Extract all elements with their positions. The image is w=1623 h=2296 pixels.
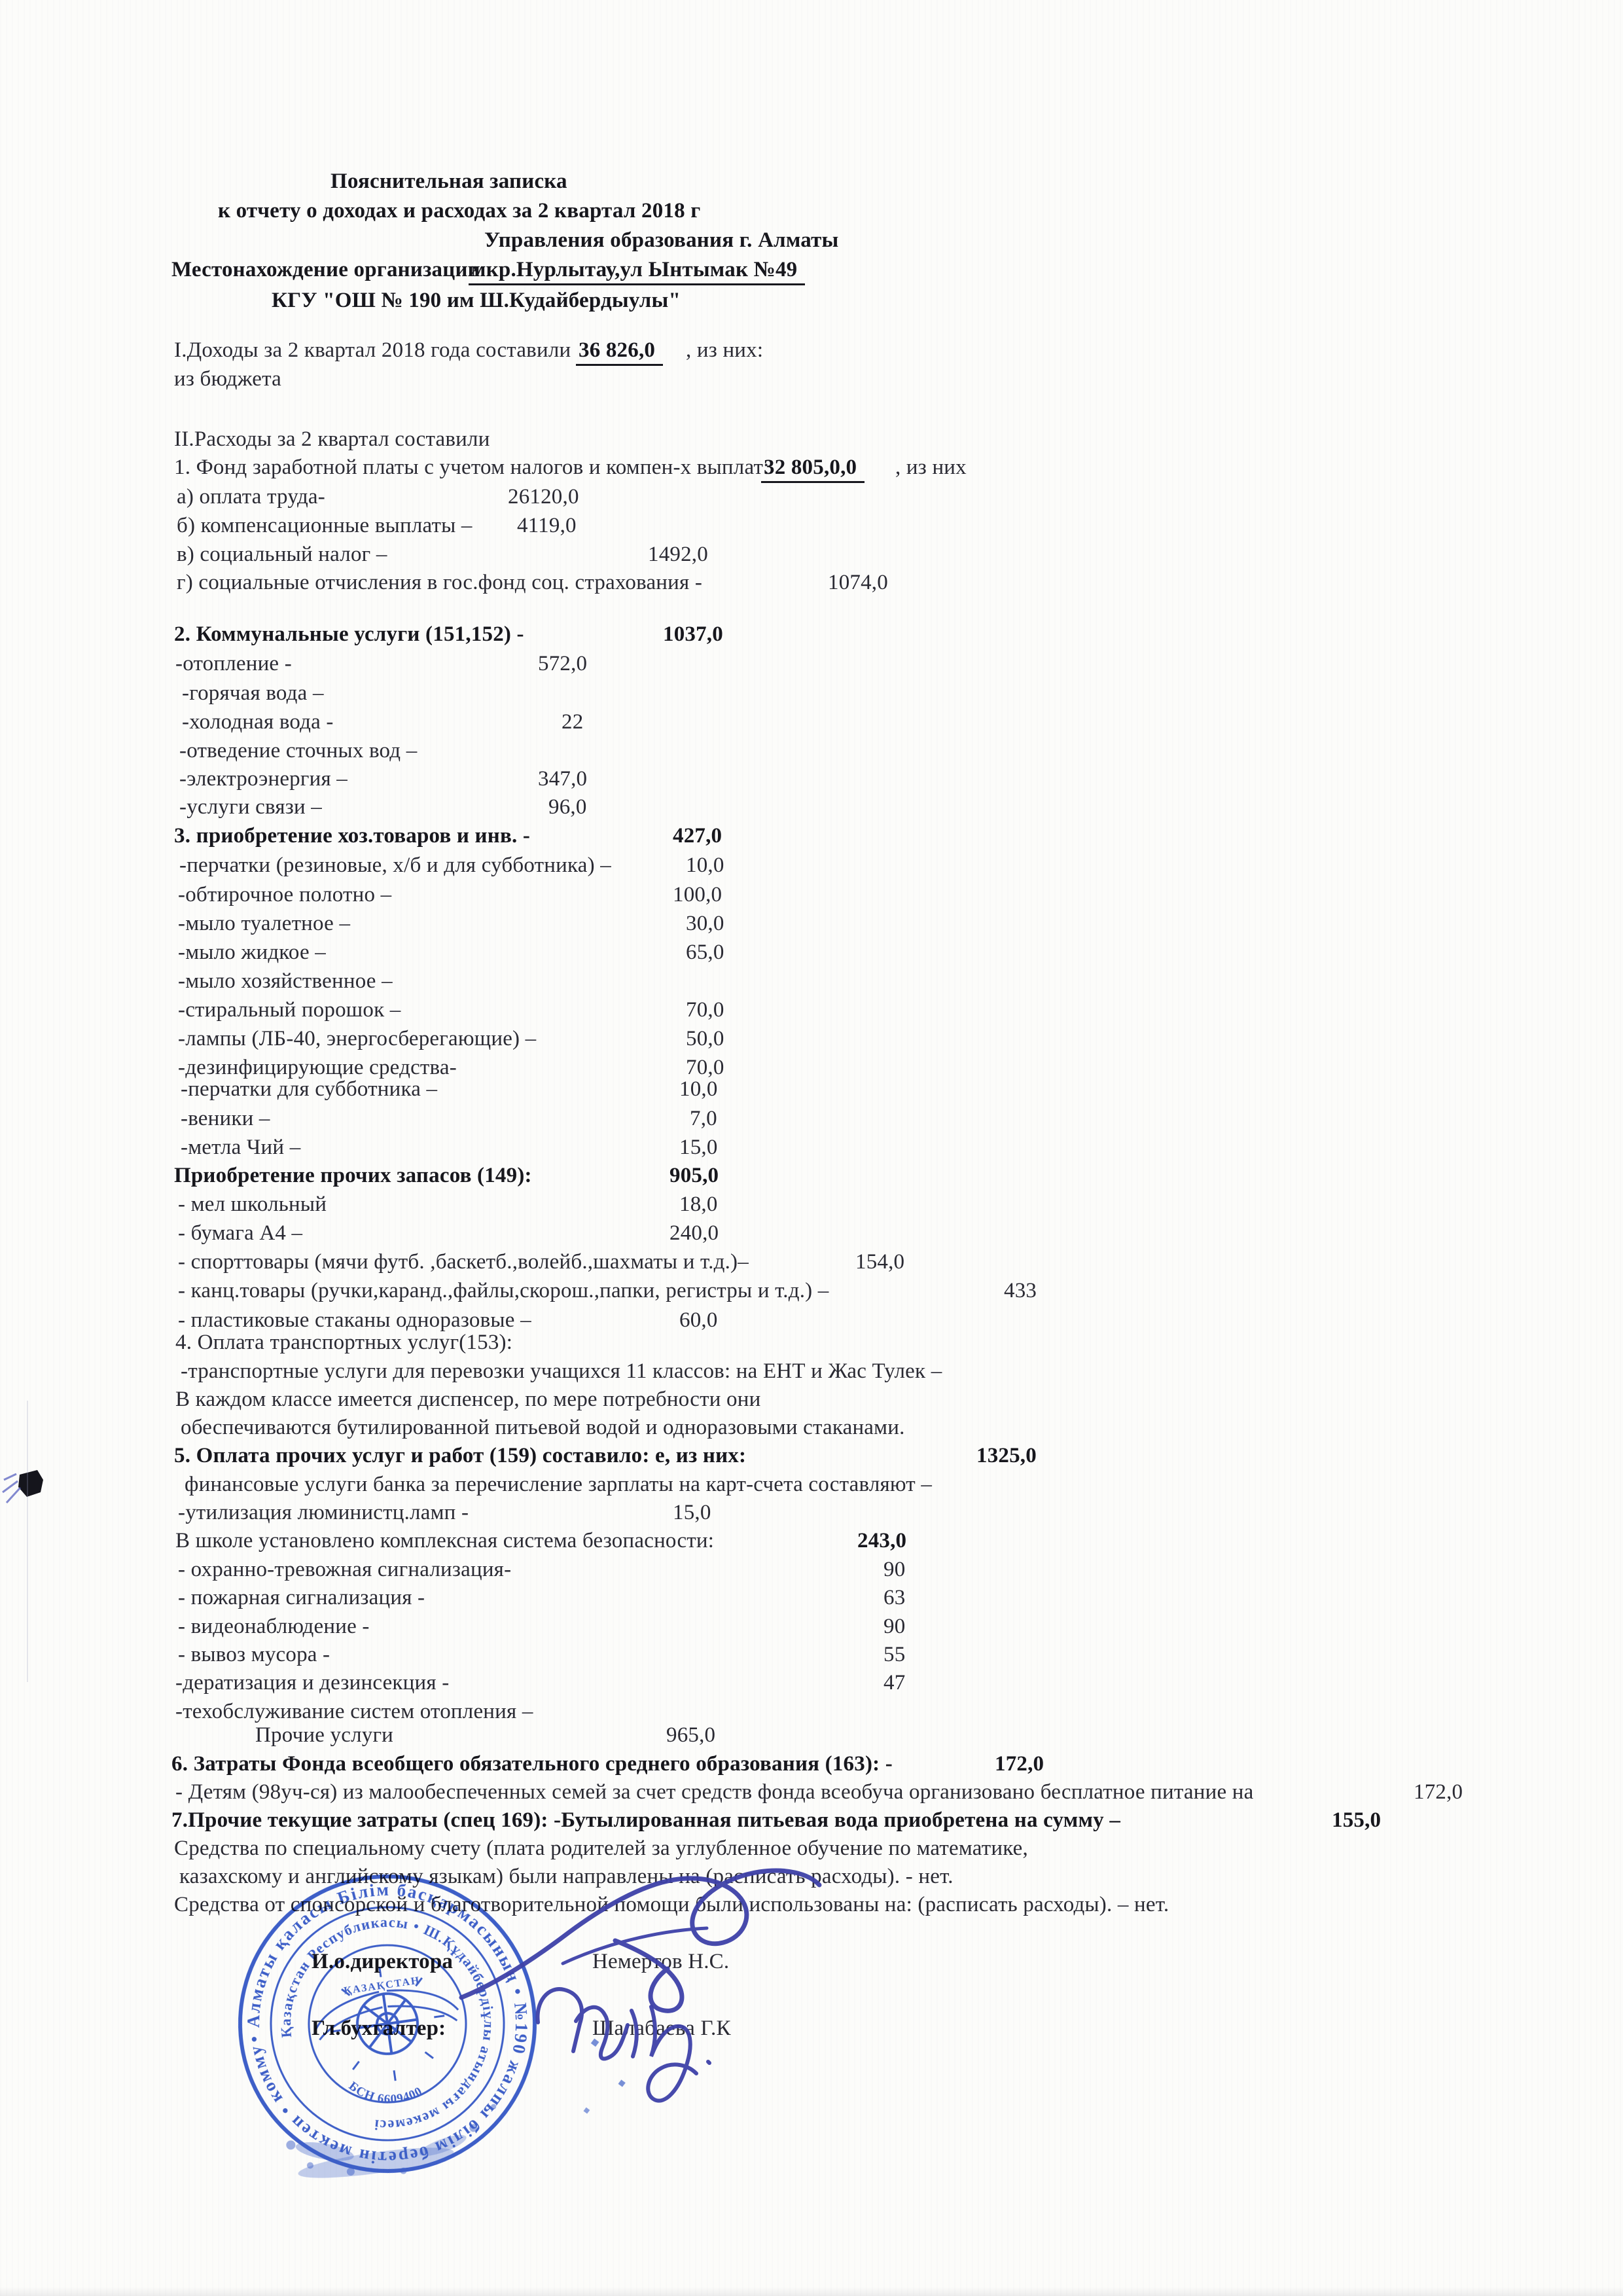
line-text: -перчатки (резиновые, х/б и для субботни… [179,853,611,877]
line-value: 60,0 [679,1308,718,1333]
doc-line: I.Доходы за 2 квартал 2018 года составил… [174,338,571,363]
line-text: 7.Прочие текущие затраты (спец 169): -Бу… [171,1808,1120,1832]
line-text: 6. Затраты Фонда всеобщего обязательного… [171,1752,893,1776]
doc-line: Прочие услуги965,0 [255,1723,393,1748]
line-value: 433 [1004,1278,1037,1303]
doc-line: 5. Оплата прочих услуг и работ (159) сос… [174,1443,746,1468]
line-value: 15,0 [679,1135,718,1160]
line-value: 4119,0 [517,513,577,538]
stamp-bsn-code: БСН 6609400 [345,2070,426,2113]
doc-line: -холодная вода -22 [182,709,334,734]
doc-line: КГУ "ОШ № 190 им Ш.Кудайбердыулы" [272,288,681,313]
doc-line: В каждом классе имеется диспенсер, по ме… [175,1387,760,1412]
doc-line: - охранно-тревожная сигнализация-90 [178,1557,511,1582]
line-text: -мыло жидкое – [178,941,326,964]
line-text: -веники – [181,1107,270,1130]
doc-line: -перчатки (резиновые, х/б и для субботни… [179,853,611,878]
line-text: В каждом классе имеется диспенсер, по ме… [175,1388,760,1411]
stamp-smudge [277,2035,633,2189]
scan-streak [27,1401,28,1682]
doc-line: Пояснительная записка [330,169,567,194]
doc-line: -транспортные услуги для перевозки учащи… [181,1359,942,1384]
line-text: Местонахождение организации [171,258,480,281]
line-text: Средства от спонсорской и благотворитель… [174,1893,1169,1916]
stamp-center-caption: ҚАЗАҚСТАН [343,1975,421,1996]
line-text: -перчатки для субботника – [181,1077,437,1101]
doc-line: - пластиковые стаканы одноразовые –60,0 [178,1308,531,1333]
line-text: -транспортные услуги для перевозки учащи… [181,1359,942,1383]
line-value: 1492,0 [648,542,708,567]
line-value: 240,0 [669,1221,719,1246]
line-text: - вывоз мусора - [178,1643,330,1666]
line-text: - канц.товары (ручки,каранд.,файлы,скоро… [178,1279,829,1302]
line-text: II.Расходы за 2 квартал составили [174,427,490,451]
doc-line: -утилизация люминистц.ламп -15,0 [178,1500,469,1525]
line-text: - Детям (98уч-ся) из малообеспеченных се… [175,1780,1254,1804]
doc-line: - канц.товары (ручки,каранд.,файлы,скоро… [178,1278,829,1303]
doc-line: 1. Фонд заработной платы с учетом налого… [174,455,769,480]
line-text: к отчету о доходах и расходах за 2 кварт… [218,199,700,223]
line-text: - спорттовары (мячи футб. ,баскетб.,воле… [178,1250,749,1274]
doc-line: -стиральный порошок –70,0 [178,997,401,1022]
doc-line: -горячая вода – [182,681,324,706]
line-text: -лампы (ЛБ-40, энергосберегающие) – [178,1027,536,1050]
ink-blot [3,1470,43,1503]
line-text: -услуги связи – [179,795,322,819]
doc-line: -услуги связи –96,0 [179,795,322,819]
line-text: -отопление - [175,652,292,675]
doc-line: в) социальный налог –1492,0 [177,542,387,567]
line-value: , из них [895,455,967,480]
line-text: Средства по специальному счету (плата ро… [174,1837,1028,1860]
doc-line: -метла Чий –15,0 [181,1135,300,1160]
line-value: 10,0 [679,1077,718,1102]
line-text: -метла Чий – [181,1136,300,1159]
line-text: - бумага А4 – [178,1221,302,1245]
line-value: 26120,0 [508,484,579,509]
line-text: -отведение сточных вод – [179,739,417,762]
line-text: г) социальные отчисления в гос.фонд соц.… [177,571,702,594]
line-value: 36 826,0 [576,338,663,366]
accountant-signature [537,1989,709,2101]
line-text: И.о.директора [312,1950,453,1973]
doc-line: -отведение сточных вод – [179,738,417,763]
line-text: Приобретение прочих запасов (149): [174,1164,532,1187]
line-text: - охранно-тревожная сигнализация- [178,1558,511,1581]
line-text: -горячая вода – [182,681,324,705]
doc-line: И.о.директораНемертов Н.С. [312,1949,453,1974]
doc-line: В школе установлено комплексная система … [175,1528,714,1553]
line-text: б) компенсационные выплаты – [177,514,473,537]
line-text: -дератизация и дезинсекция - [175,1671,449,1695]
line-value: 65,0 [686,940,724,965]
doc-line: II.Расходы за 2 квартал составили [174,427,490,452]
line-text: Гл.бухгалтер: [312,2017,446,2040]
line-text: Прочие услуги [255,1723,393,1747]
line-text: -холодная вода - [182,710,334,734]
line-value: 1074,0 [828,570,888,595]
doc-line: а) оплата труда-26120,0 [177,484,325,509]
line-value: 905,0 [669,1163,719,1188]
line-text: -стиральный порошок – [178,998,401,1022]
line-value: 172,0 [1414,1780,1463,1804]
line-value: 155,0 [1332,1808,1381,1833]
doc-line: Местонахождение организациимкр.Нурлытау,… [171,257,480,282]
line-value: 50,0 [686,1026,724,1051]
line-text: - мел школьный [178,1193,327,1216]
doc-line: -перчатки для субботника –10,0 [181,1077,437,1102]
doc-line: финансовые услуги банка за перечисление … [185,1472,932,1497]
doc-line: - бумага А4 –240,0 [178,1221,302,1246]
line-value: 243,0 [857,1528,906,1553]
doc-line: Средства по специальному счету (плата ро… [174,1836,1028,1861]
doc-line: обеспечиваются бутилированной питьевой в… [181,1415,905,1440]
doc-line: 3. приобретение хоз.товаров и инв. -427,… [174,823,530,848]
doc-line: -дератизация и дезинсекция -47 [175,1670,449,1695]
line-value: 15,0 [673,1500,711,1525]
line-text: 1. Фонд заработной платы с учетом налого… [174,456,769,479]
doc-line: -обтирочное полотно –100,0 [178,882,391,907]
doc-line: 4. Оплата транспортных услуг(153): [175,1330,512,1355]
line-value: 7,0 [690,1106,717,1131]
doc-line: к отчету о доходах и расходах за 2 кварт… [218,198,700,223]
line-value: 63 [883,1585,905,1610]
scanned-document-page: Пояснительная запискак отчету о доходах … [0,0,1623,2296]
line-value: 10,0 [686,853,724,878]
line-value: 30,0 [686,911,724,936]
doc-line: -мыло жидкое –65,0 [178,940,326,965]
doc-line: 7.Прочие текущие затраты (спец 169): -Бу… [171,1808,1120,1833]
line-value: 172,0 [995,1751,1044,1776]
line-text: из бюджета [174,367,281,391]
doc-line: - спорттовары (мячи футб. ,баскетб.,воле… [178,1249,749,1274]
line-value: 18,0 [679,1192,718,1217]
line-text: I.Доходы за 2 квартал 2018 года составил… [174,338,571,362]
line-text: - видеонаблюдение - [178,1615,370,1638]
line-text: 5. Оплата прочих услуг и работ (159) сос… [174,1444,746,1467]
doc-line: -отопление -572,0 [175,651,292,676]
line-value: 347,0 [538,766,587,791]
doc-line: -мыло хозяйственное – [178,969,393,994]
line-value: 47 [883,1670,905,1695]
line-text: 4. Оплата транспортных услуг(153): [175,1331,512,1354]
doc-line: - Детям (98уч-ся) из малообеспеченных се… [175,1780,1254,1804]
line-text: -электроэнергия – [179,767,348,791]
line-value: 100,0 [673,882,722,907]
doc-line: казахскому и английскому языкам) были на… [179,1864,954,1889]
doc-line: Гл.бухгалтер:Шалабаева Г.К [312,2016,446,2041]
line-value: 1037,0 [663,622,723,647]
svg-text:БСН 6609400: БСН 6609400 [345,2070,426,2113]
doc-line: 2. Коммунальные услуги (151,152) -1037,0 [174,622,524,647]
line-text: Пояснительная записка [330,170,567,193]
line-text: -дезинфицирующие средства- [178,1056,457,1079]
line-text: -обтирочное полотно – [178,883,391,906]
line-text: - пластиковые стаканы одноразовые – [178,1308,531,1332]
line-text: финансовые услуги банка за перечисление … [185,1473,932,1496]
doc-line: - мел школьный18,0 [178,1192,327,1217]
doc-line: б) компенсационные выплаты –4119,0 [177,513,473,538]
line-value: 55 [883,1642,905,1667]
line-text: 2. Коммунальные услуги (151,152) - [174,622,524,646]
line-value: , из них: [686,338,763,363]
doc-line: -веники –7,0 [181,1106,270,1131]
doc-line: Приобретение прочих запасов (149):905,0 [174,1163,532,1188]
line-text: -техобслуживание систем отопления – [175,1700,533,1723]
doc-line: -техобслуживание систем отопления – [175,1699,533,1724]
line-value: 90 [883,1557,905,1582]
line-value: Шалабаева Г.К [592,2016,731,2041]
line-value: 90 [883,1614,905,1639]
doc-line: из бюджета [174,367,281,391]
doc-line: 6. Затраты Фонда всеобщего обязательного… [171,1751,893,1776]
line-value: 96,0 [548,795,587,819]
line-text: а) оплата труда- [177,485,325,509]
line-value: 965,0 [666,1723,715,1748]
line-text: -утилизация люминистц.ламп - [178,1501,469,1524]
line-text: КГУ "ОШ № 190 им Ш.Кудайбердыулы" [272,289,681,312]
doc-line: -электроэнергия –347,0 [179,766,348,791]
doc-line: -лампы (ЛБ-40, энергосберегающие) –50,0 [178,1026,536,1051]
line-text: - пожарная сигнализация - [178,1586,425,1609]
doc-line: - вывоз мусора -55 [178,1642,330,1667]
doc-line: - видеонаблюдение -90 [178,1614,370,1639]
line-value: 154,0 [855,1249,904,1274]
line-value: Немертов Н.С. [592,1949,729,1974]
line-value: 572,0 [538,651,587,676]
line-value: 427,0 [673,823,722,848]
line-text: В школе установлено комплексная система … [175,1529,714,1552]
line-value: 22 [562,709,583,734]
doc-line: г) социальные отчисления в гос.фонд соц.… [177,570,702,595]
line-text: -мыло туалетное – [178,912,350,935]
line-value: 1325,0 [976,1443,1037,1468]
line-value: 70,0 [686,997,724,1022]
line-value: мкр.Нурлытау,ул Ынтымак №49 [469,257,805,285]
line-value: 32 805,0,0 [761,455,865,483]
line-text: 3. приобретение хоз.товаров и инв. - [174,824,530,848]
doc-line: - пожарная сигнализация -63 [178,1585,425,1610]
line-text: обеспечиваются бутилированной питьевой в… [181,1416,905,1439]
doc-line: Средства от спонсорской и благотворитель… [174,1892,1169,1917]
doc-line: Управления образования г. Алматы [484,228,839,253]
line-text: -мыло хозяйственное – [178,969,393,993]
line-text: в) социальный налог – [177,543,387,566]
doc-line: -мыло туалетное –30,0 [178,911,350,936]
line-text: казахскому и английскому языкам) были на… [179,1865,954,1888]
line-text: Управления образования г. Алматы [484,228,839,252]
